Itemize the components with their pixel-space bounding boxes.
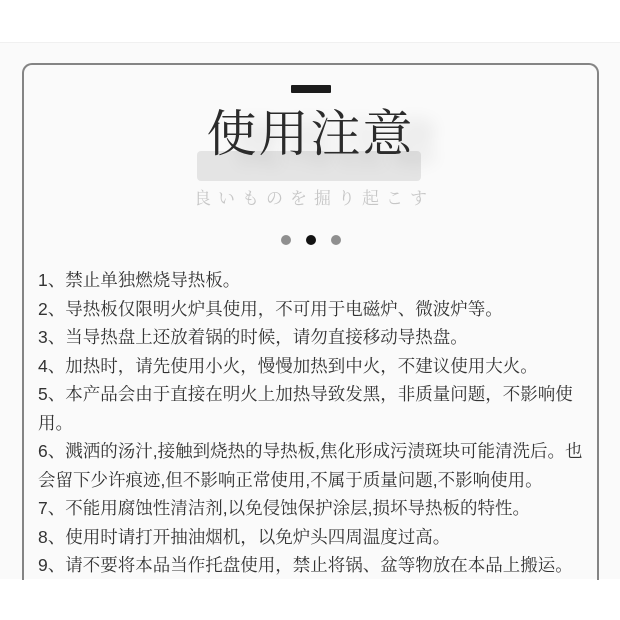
pagination-dot — [281, 235, 291, 245]
usage-notes-list: 1、禁止单独燃烧导热板。 2、导热板仅限明火炉具使用，不可用于电磁炉、微波炉等。… — [24, 266, 597, 580]
page-title: 使用注意 — [24, 107, 597, 161]
usage-note-item: 8、使用时请打开抽油烟机，以免炉头四周温度过高。 — [38, 523, 593, 552]
page-subtitle: 良いものを掘り起こす — [24, 189, 597, 209]
pagination-dots — [24, 235, 597, 245]
usage-note-item: 3、当导热盘上还放着锅的时候，请勿直接移动导热盘。 — [38, 323, 593, 352]
pagination-dot-active — [306, 235, 316, 245]
notice-card: 使用注意 良いものを掘り起こす 1、禁止单独燃烧导热板。 2、导热板仅限明火炉具… — [22, 63, 599, 580]
usage-note-item: 1、禁止单独燃烧导热板。 — [38, 266, 593, 295]
content-band: 使用注意 良いものを掘り起こす 1、禁止单独燃烧导热板。 2、导热板仅限明火炉具… — [0, 42, 620, 579]
usage-note-item: 7、不能用腐蚀性清洁剂,以免侵蚀保护涂层,损坏导热板的特性。 — [38, 494, 593, 523]
usage-notice-page: 使用注意 良いものを掘り起こす 1、禁止单独燃烧导热板。 2、导热板仅限明火炉具… — [0, 0, 620, 620]
usage-note-item: 2、导热板仅限明火炉具使用，不可用于电磁炉、微波炉等。 — [38, 295, 593, 324]
accent-bar — [291, 85, 331, 93]
pagination-dot — [331, 235, 341, 245]
usage-note-item: 5、本产品会由于直接在明火上加热导致发黑，非质量问题，不影响使用。 — [38, 380, 593, 437]
usage-note-item: 6、溅洒的汤汁,接触到烧热的导热板,焦化形成污渍斑块可能清洗后。也会留下少许痕迹… — [38, 437, 593, 494]
usage-note-item: 4、加热时，请先使用小火，慢慢加热到中火，不建议使用大火。 — [38, 352, 593, 381]
usage-note-item: 9、请不要将本品当作托盘使用，禁止将锅、盆等物放在本品上搬运。 — [38, 551, 593, 580]
